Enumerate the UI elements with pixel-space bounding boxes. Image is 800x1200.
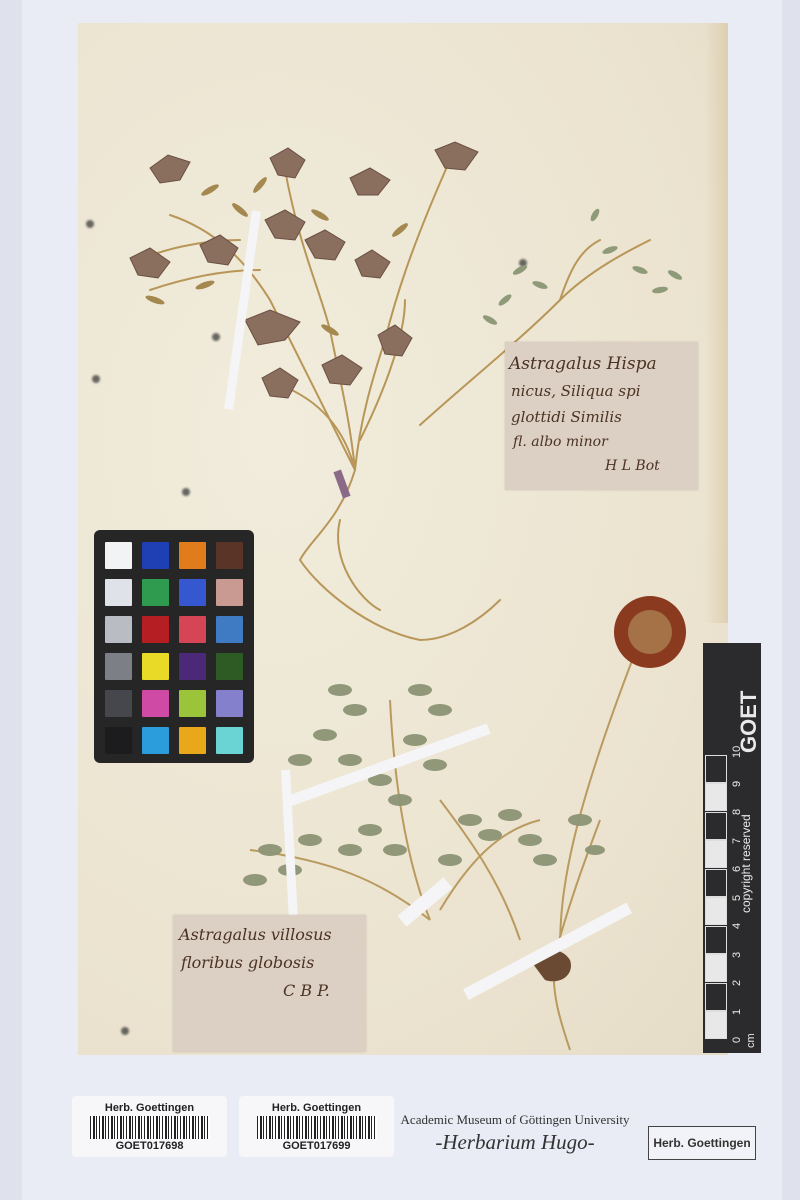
scale-tick-label: 5 [731, 894, 743, 900]
unit-label: cm [745, 1033, 757, 1048]
label-text-line: floribus globosis [181, 953, 314, 972]
scale-segment [705, 840, 727, 868]
scale-segment [705, 869, 727, 897]
goet-logo: GOET [736, 691, 762, 753]
scale-tick-label: 6 [731, 866, 743, 872]
scale-tick-label: 1 [731, 1008, 743, 1014]
barcode-label: Herb. Goettingen GOET017699 [239, 1096, 394, 1157]
barcode-id: GOET017698 [72, 1140, 227, 1152]
scale-tick-label: 2 [731, 980, 743, 986]
scale-segment [705, 812, 727, 840]
scale-tick-label: 7 [731, 837, 743, 843]
scale-segment [705, 783, 727, 811]
scale-segment [705, 897, 727, 925]
scale-segment [705, 1011, 727, 1039]
barcode-title: Herb. Goettingen [72, 1102, 227, 1114]
lower-plant-specimen [0, 0, 800, 1200]
barcode-label: Herb. Goettingen GOET017698 [72, 1096, 227, 1157]
scale-segment [705, 983, 727, 1011]
institution-label: Academic Museum of Göttingen University … [400, 1112, 630, 1155]
scale-bar: GOET copyright reserved cm 012345678910 [703, 643, 761, 1053]
barcode-bars [257, 1116, 377, 1139]
scale-segment [705, 926, 727, 954]
scale-segment [705, 755, 727, 783]
label-text-line: C B P. [283, 981, 330, 1000]
institution-name: Academic Museum of Göttingen University [400, 1112, 630, 1128]
scale-segment [705, 954, 727, 982]
scale-tick-label: 0 [731, 1037, 743, 1043]
herbarium-name: -Herbarium Hugo- [400, 1130, 630, 1155]
herbarium-stamp: Herb. Goettingen [648, 1126, 756, 1160]
specimen-label-lower: Astragalus villosus floribus globosis C … [173, 915, 366, 1052]
barcode-bars [90, 1116, 210, 1139]
barcode-title: Herb. Goettingen [239, 1102, 394, 1114]
label-text-line: Astragalus villosus [179, 925, 332, 944]
scale-tick-label: 4 [731, 923, 743, 929]
scale-tick-label: 8 [731, 809, 743, 815]
scale-tick-label: 10 [731, 746, 743, 758]
scale-tick-label: 9 [731, 780, 743, 786]
barcode-id: GOET017699 [239, 1140, 394, 1152]
scale-tick-label: 3 [731, 951, 743, 957]
